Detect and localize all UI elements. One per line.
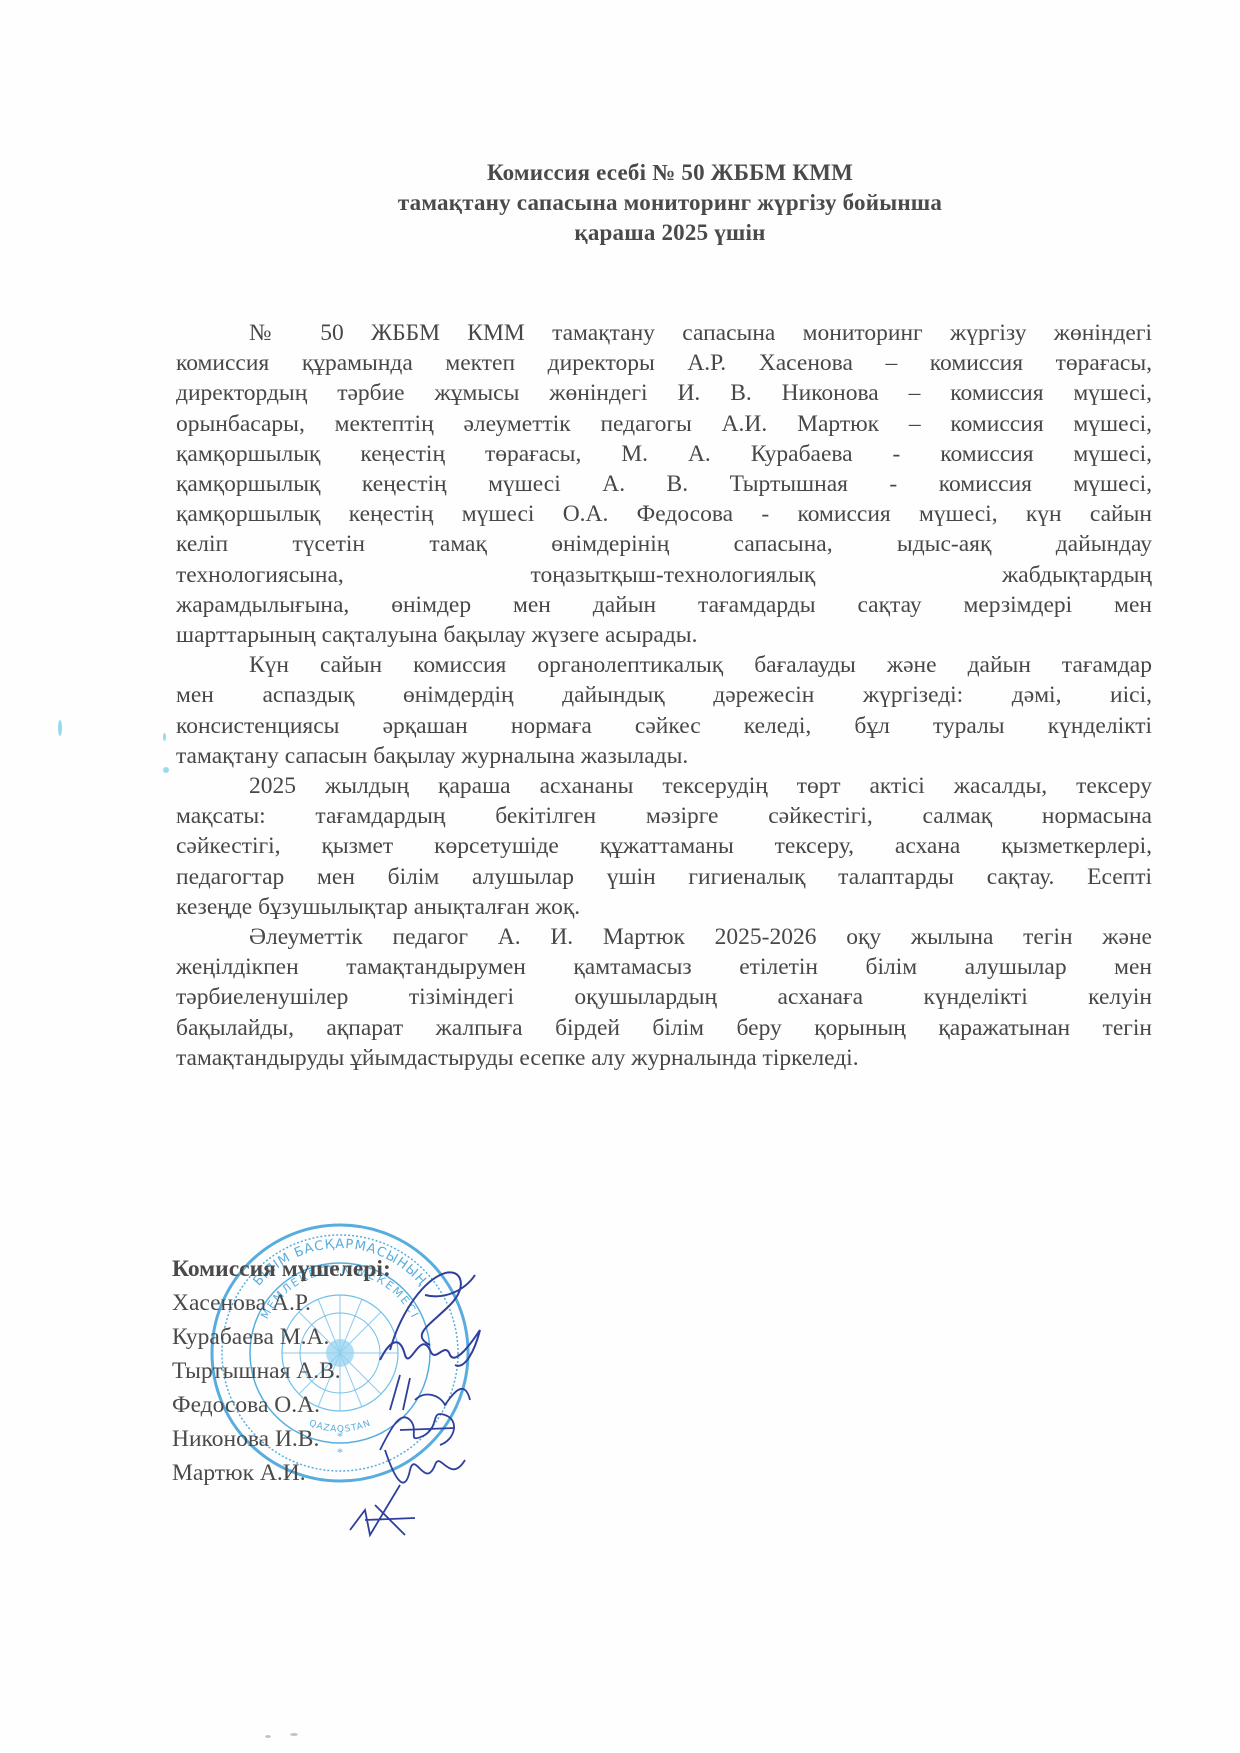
commission-members: Комиссия мүшелері: Хасенова А.Р. Курабае… <box>172 1252 391 1490</box>
text-line: шарттарының сақталуына бақылау жүзеге ас… <box>176 620 1152 650</box>
scan-artifact <box>163 767 169 773</box>
text-line: тамақтану сапасын бақылау журналына жазы… <box>176 741 1152 771</box>
text-line: жарамдылығына, өнімдер мен дайын тағамда… <box>176 590 1152 620</box>
text-line: мақсаты: тағамдардың бекітілген мәзірге … <box>176 801 1152 831</box>
text-line: тәрбиеленушілер тізіміндегі оқушылардың … <box>176 982 1152 1012</box>
document-body: № 50 ЖББМ КММ тамақтану сапасына монитор… <box>176 318 1152 1073</box>
text-line: комиссия құрамында мектеп директоры А.Р.… <box>176 348 1152 378</box>
paragraph-social-pedagogue: Әлеуметтік педагог А. И. Мартюк 2025-202… <box>176 922 1152 1073</box>
signature-martyuk-icon <box>345 1480 425 1540</box>
text-line: жеңілдікпен тамақтандырумен қамтамасыз е… <box>176 952 1152 982</box>
paragraph-inspection-acts: 2025 жылдың қараша асхананы тексерудің т… <box>176 771 1152 922</box>
text-line: орынбасары, мектептің әлеуметтік педагог… <box>176 409 1152 439</box>
member-name: Тыртышная А.В. <box>172 1354 391 1388</box>
member-name: Хасенова А.Р. <box>172 1286 391 1320</box>
scan-artifact <box>163 733 166 741</box>
scan-artifact <box>265 1735 271 1738</box>
text-line: қамқоршылық кеңестің мүшесі О.А. Федосов… <box>176 499 1152 529</box>
member-name: Федосова О.А. <box>172 1388 391 1422</box>
text-line: № 50 ЖББМ КММ тамақтану сапасына монитор… <box>176 318 1152 348</box>
text-line: келіп түсетін тамақ өнімдерінің сапасына… <box>176 529 1152 559</box>
title-line-1: Комиссия есебі № 50 ЖББМ КММ <box>180 158 1160 188</box>
document-page: Комиссия есебі № 50 ЖББМ КММ тамақтану с… <box>0 0 1240 1753</box>
text-line: консистенциясы әрқашан нормаға сәйкес ке… <box>176 711 1152 741</box>
member-name: Курабаева М.А. <box>172 1320 391 1354</box>
title-line-3: қараша 2025 үшін <box>180 218 1160 248</box>
text-line: 2025 жылдың қараша асхананы тексерудің т… <box>176 771 1152 801</box>
scan-artifact <box>290 1733 298 1736</box>
members-heading: Комиссия мүшелері: <box>172 1252 391 1286</box>
text-line: Күн сайын комиссия органолептикалық баға… <box>176 650 1152 680</box>
text-line: қамқоршылық кеңестің төрағасы, М. А. Кур… <box>176 439 1152 469</box>
title-line-2: тамақтану сапасына мониторинг жүргізу бо… <box>180 188 1160 218</box>
text-line: кезеңде бұзушылықтар анықталған жоқ. <box>176 892 1152 922</box>
text-line: педагогтар мен білім алушылар үшін гигие… <box>176 862 1152 892</box>
text-line: Әлеуметтік педагог А. И. Мартюк 2025-202… <box>176 922 1152 952</box>
text-line: тамақтандыруды ұйымдастыруды есепке алу … <box>176 1043 1152 1073</box>
paragraph-commission-composition: № 50 ЖББМ КММ тамақтану сапасына монитор… <box>176 318 1152 650</box>
text-line: қамқоршылық кеңестің мүшесі А. В. Тыртыш… <box>176 469 1152 499</box>
scan-artifact <box>58 720 62 736</box>
text-line: мен аспаздық өнімдердің дайындық дәрежес… <box>176 680 1152 710</box>
member-name: Никонова И.В. <box>172 1422 391 1456</box>
document-title: Комиссия есебі № 50 ЖББМ КММ тамақтану с… <box>180 158 1160 248</box>
text-line: сәйкестігі, қызмет көрсетушіде құжаттама… <box>176 831 1152 861</box>
paragraph-daily-evaluation: Күн сайын комиссия органолептикалық баға… <box>176 650 1152 771</box>
text-line: бақылайды, ақпарат жалпыға бірдей білім … <box>176 1013 1152 1043</box>
text-line: технологиясына, тоңазытқыш-технологиялық… <box>176 560 1152 590</box>
text-line: директордың тәрбие жұмысы жөніндегі И. В… <box>176 378 1152 408</box>
